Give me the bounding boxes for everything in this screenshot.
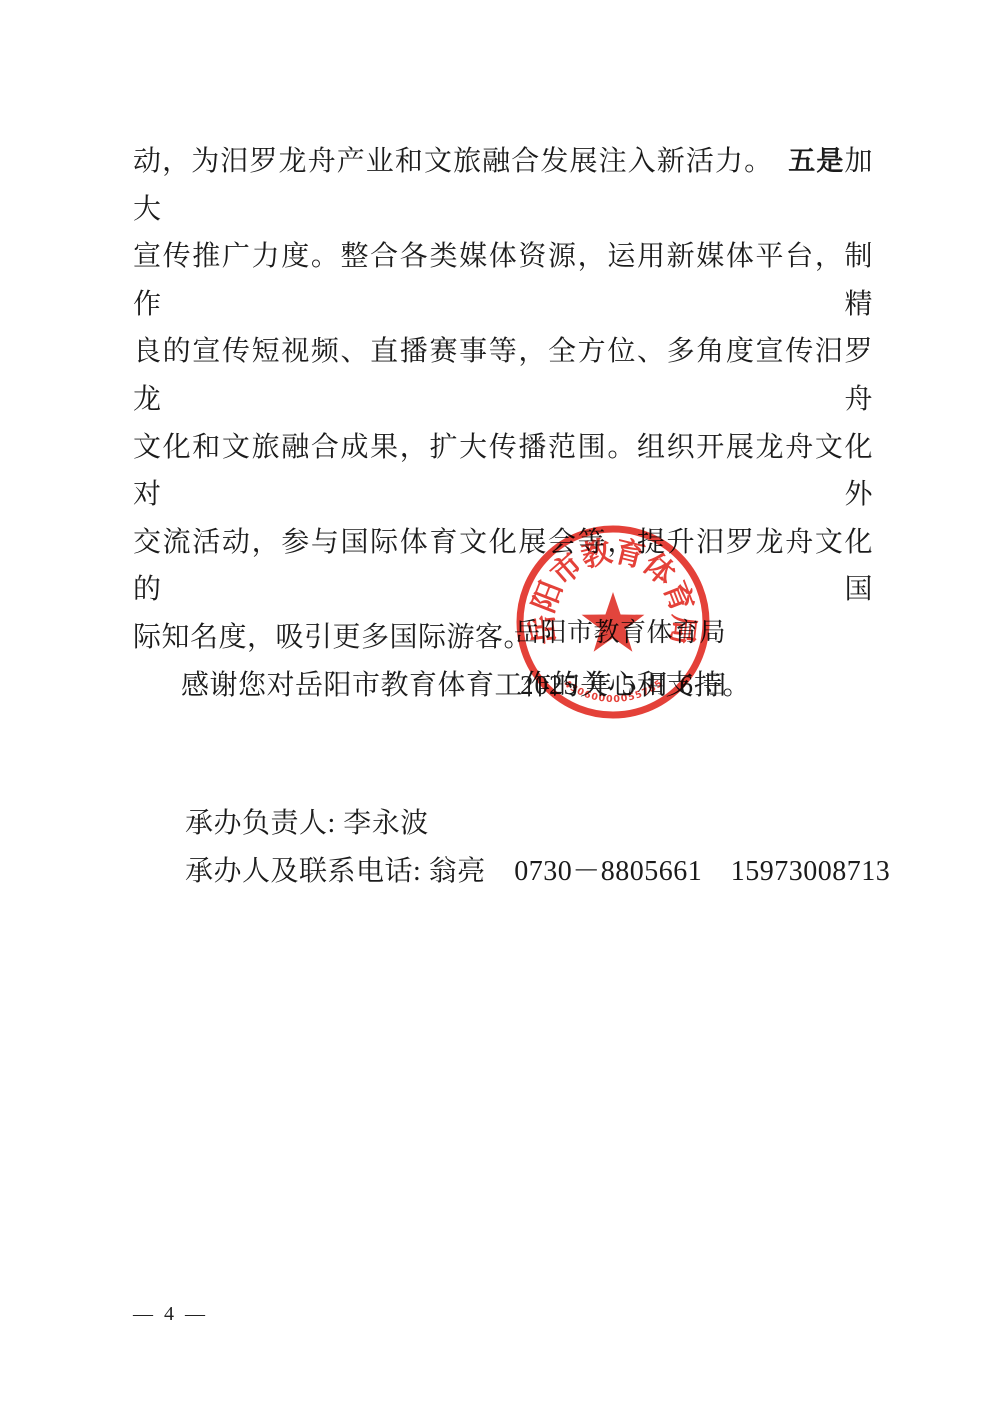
body-line: 际知名度，吸引更多国际游客。 [133, 614, 873, 662]
body-bold-run: 五是 [788, 146, 844, 176]
page-number: — 4 — [133, 1303, 208, 1326]
document-body-text: 动，为汨罗龙舟产业和文旅融合发展注入新活力。 五是加大 宣传推广力度。整合各类媒… [133, 138, 873, 709]
body-text-run: 动，为汨罗龙舟产业和文旅融合发展注入新活力。 [133, 146, 788, 177]
contact-person-in-charge: 承办负责人: 李永波 [185, 801, 429, 841]
body-line: 宣传推广力度。整合各类媒体资源，运用新媒体平台，制作精 [133, 233, 873, 328]
contact-handler-phone: 承办人及联系电话: 翁亮 0730－8805661 15973008713 [185, 849, 890, 889]
body-line: 文化和文旅融合成果，扩大传播范围。组织开展龙舟文化对外 [133, 424, 873, 519]
body-line: 交流活动，参与国际体育文化展会等，提升汨罗龙舟文化的国 [133, 519, 873, 614]
signature-date: 2025 年 5 月 6 日 [520, 663, 730, 702]
signature-organization: 岳阳市教育体育局 [514, 612, 726, 649]
body-line: 良的宣传短视频、直播赛事等，全方位、多角度宣传汨罗龙舟 [133, 328, 873, 423]
body-line: 动，为汨罗龙舟产业和文旅融合发展注入新活力。 五是加大 [133, 138, 873, 233]
document-page: 动，为汨罗龙舟产业和文旅融合发展注入新活力。 五是加大 宣传推广力度。整合各类媒… [0, 0, 1000, 1414]
body-thanks-line: 感谢您对岳阳市教育体育工作的关心和支持。 [133, 662, 873, 710]
